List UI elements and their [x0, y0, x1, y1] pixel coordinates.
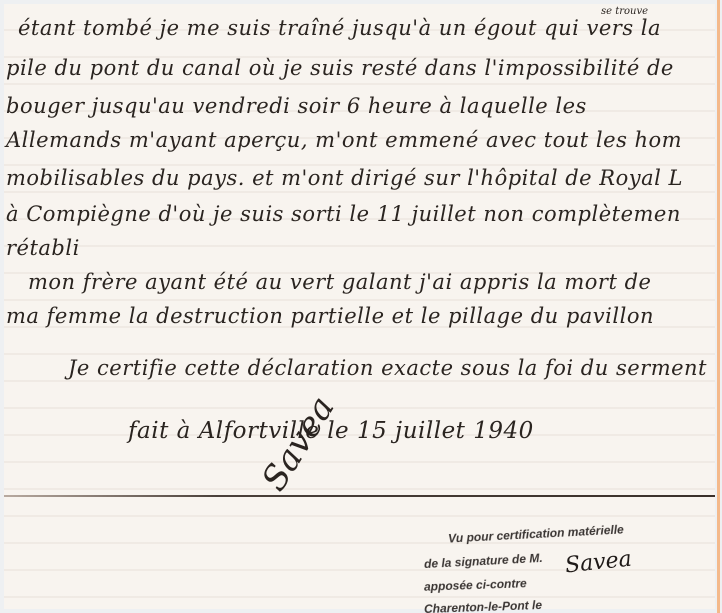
letter-line-7: rétabli — [6, 236, 80, 260]
letter-line-2: pile du pont du canal où je suis resté d… — [6, 56, 674, 80]
letter-line-1: étant tombé je me suis traîné jusqu'à un… — [18, 16, 661, 40]
letter-line-4: Allemands m'ayant aperçu, m'ont emmené a… — [6, 128, 682, 152]
letter-line-6: à Compiègne d'où je suis sorti le 11 jui… — [6, 202, 681, 226]
letter-insertion: se trouve — [601, 6, 648, 17]
letter-line-5: mobilisables du pays. et m'ont dirigé su… — [6, 166, 683, 190]
letter-line-9: ma femme la destruction partielle et le … — [6, 304, 654, 328]
scan-edge-strip — [717, 0, 720, 613]
letter-page: étant tombé je me suis traîné jusqu'à un… — [4, 4, 715, 609]
letter-line-3: bouger jusqu'au vendredi soir 6 heure à … — [6, 94, 587, 118]
certification-line: Je certifie cette déclaration exacte sou… — [68, 356, 707, 380]
letter-line-8: mon frère ayant été au vert galant j'ai … — [28, 270, 651, 294]
fold-line — [4, 495, 715, 497]
